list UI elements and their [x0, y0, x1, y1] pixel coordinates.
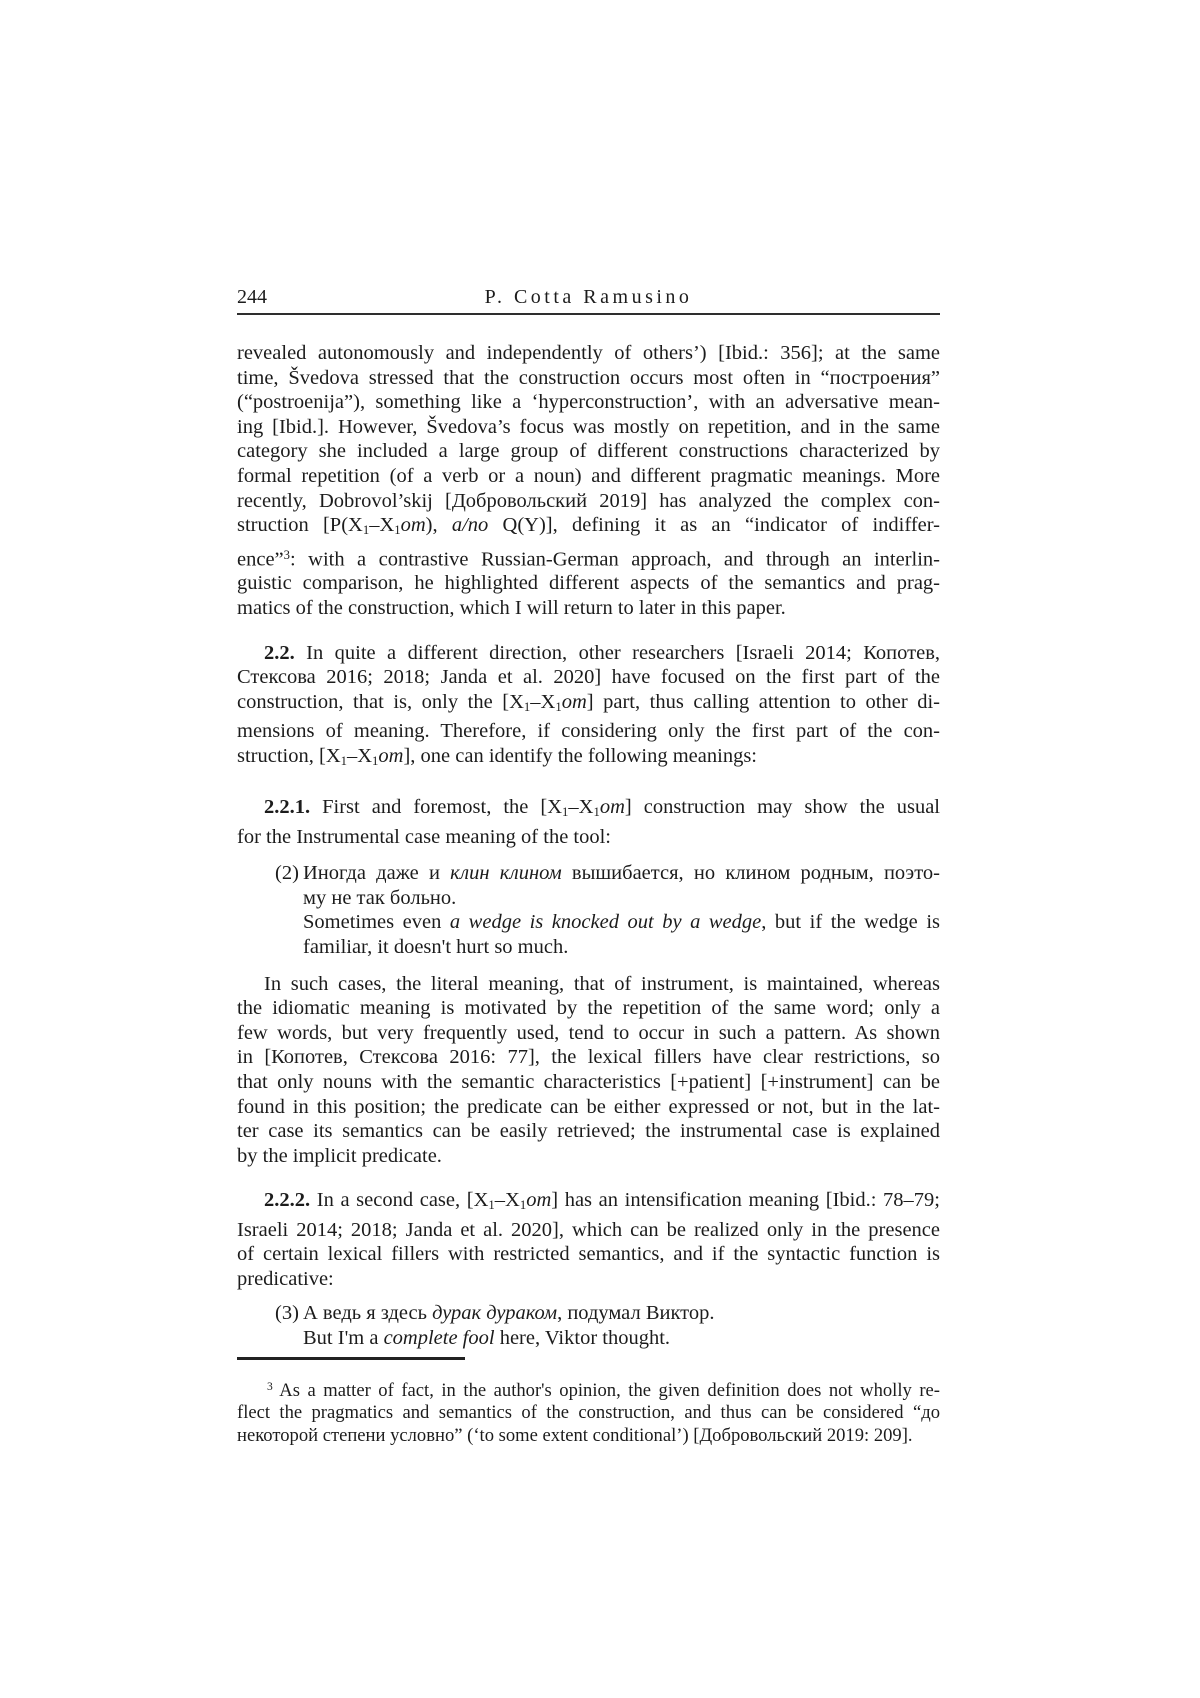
- text-line: in [Копотев, Стексова 2016: 77], the lex…: [237, 1045, 940, 1070]
- footnote-3: 3 As a matter of fact, in the author's o…: [237, 1376, 940, 1448]
- section-2-2-2: 2.2.2. In a second case, [X1–X1om] has a…: [237, 1188, 940, 1291]
- text-line: Israeli 2014; 2018; Janda et al. 2020], …: [237, 1218, 940, 1243]
- text-line: But I'm a complete fool here, Viktor tho…: [303, 1326, 940, 1351]
- text-line: few words, but very frequently used, ten…: [237, 1021, 940, 1046]
- text-line: construction, that is, only the [X1–X1om…: [237, 690, 940, 719]
- section-2-2: 2.2. In quite a different direction, oth…: [237, 641, 940, 774]
- styled-run: 1: [524, 700, 530, 714]
- text-line: familiar, it doesn't hurt so much.: [303, 935, 940, 960]
- text-line: matics of the construction, which I will…: [237, 596, 940, 621]
- text-line: 3 As a matter of fact, in the author's o…: [237, 1376, 940, 1402]
- styled-run: 2.2.: [264, 642, 295, 664]
- example-3: (3)А ведь я здесь дурак дураком, подумал…: [237, 1301, 940, 1350]
- text-line: formal repetition (of a verb or a noun) …: [237, 464, 940, 489]
- text-line: flect the pragmatics and semantics of th…: [237, 1401, 940, 1424]
- text-line: 2.2.1. First and foremost, the [X1–X1om]…: [237, 795, 940, 824]
- page-header: 244 P. Cotta Ramusino: [237, 286, 940, 310]
- styled-run: 1: [562, 805, 568, 819]
- text-line: struction, [X1–X1om], one can identify t…: [237, 744, 940, 773]
- styled-run: complete fool: [384, 1327, 495, 1349]
- text-line: of certain lexical fillers with restrict…: [237, 1242, 940, 1267]
- text-line: category she included a large group of d…: [237, 439, 940, 464]
- paragraph-continuation: revealed autonomously and independently …: [237, 341, 940, 621]
- footnote-separator: [237, 1357, 465, 1360]
- text-line: by the implicit predicate.: [237, 1144, 940, 1169]
- text-line: некоторой степени условно” (‘to some ext…: [237, 1424, 940, 1447]
- styled-run: клин клином: [450, 862, 562, 884]
- styled-run: 1: [363, 523, 369, 537]
- text-line: му не так больно.: [303, 886, 940, 911]
- text-line: In such cases, the literal meaning, that…: [237, 972, 940, 997]
- text-line: (“postroenija”), something like a ‘hyper…: [237, 390, 940, 415]
- styled-run: om: [401, 514, 426, 536]
- text-line: that only nouns with the semantic charac…: [237, 1070, 940, 1095]
- document-page: 244 P. Cotta Ramusino revealed autonomou…: [0, 0, 1200, 1698]
- text-line: for the Instrumental case meaning of the…: [237, 825, 940, 850]
- text-line: time, Švedova stressed that the construc…: [237, 366, 940, 391]
- text-line: 2.2.2. In a second case, [X1–X1om] has a…: [237, 1188, 940, 1217]
- styled-run: дурак дураком: [432, 1302, 557, 1324]
- styled-run: a wedge is knocked out by a wedge: [450, 911, 761, 933]
- text-line: guistic comparison, he highlighted diffe…: [237, 571, 940, 596]
- text-line: ing [Ibid.]. However, Švedova’s focus wa…: [237, 415, 940, 440]
- styled-run: 1: [341, 754, 347, 768]
- text-line: struction [P(X1–X1om), a/no Q(Y)], defin…: [237, 513, 940, 542]
- paragraph-in-such-cases: In such cases, the literal meaning, that…: [237, 972, 940, 1169]
- footnote-marker: 3: [284, 548, 290, 562]
- text-line: Sometimes even a wedge is knocked out by…: [303, 910, 940, 935]
- styled-run: a/no: [452, 514, 488, 536]
- text-line: Иногда даже и клин клином вышибается, но…: [303, 861, 940, 886]
- text-line: predicative:: [237, 1267, 940, 1292]
- styled-run: om: [378, 745, 403, 767]
- text-line: 2.2. In quite a different direction, oth…: [237, 641, 940, 666]
- page-body: revealed autonomously and independently …: [237, 341, 940, 1447]
- text-line: the idiomatic meaning is motivated by th…: [237, 996, 940, 1021]
- section-2-2-1: 2.2.1. First and foremost, the [X1–X1om]…: [237, 795, 940, 849]
- styled-run: om: [562, 691, 587, 713]
- footnote-marker: 3: [267, 1381, 273, 1393]
- styled-run: 2.2.2.: [264, 1189, 310, 1211]
- text-line: recently, Dobrovol’skij [Добровольский 2…: [237, 489, 940, 514]
- header-rule: [237, 313, 940, 315]
- example-2: (2)Иногда даже и клин клином вышибается,…: [237, 861, 940, 959]
- styled-run: om: [526, 1189, 551, 1211]
- text-line: revealed autonomously and independently …: [237, 341, 940, 366]
- text-line: mensions of meaning. Therefore, if consi…: [237, 719, 940, 744]
- text-line: found in this position; the predicate ca…: [237, 1095, 940, 1120]
- text-line: ter case its semantics can be easily ret…: [237, 1119, 940, 1144]
- example-label: (2): [275, 861, 299, 886]
- text-line: ence”3: with a contrastive Russian-Germa…: [237, 543, 940, 572]
- styled-run: 2.2.1.: [264, 796, 310, 818]
- styled-run: 1: [488, 1198, 494, 1212]
- styled-run: om: [600, 796, 625, 818]
- text-line: Стексова 2016; 2018; Janda et al. 2020] …: [237, 665, 940, 690]
- example-label: (3): [275, 1301, 299, 1326]
- text-line: А ведь я здесь дурак дураком, подумал Ви…: [303, 1301, 940, 1326]
- running-head: P. Cotta Ramusino: [237, 286, 940, 309]
